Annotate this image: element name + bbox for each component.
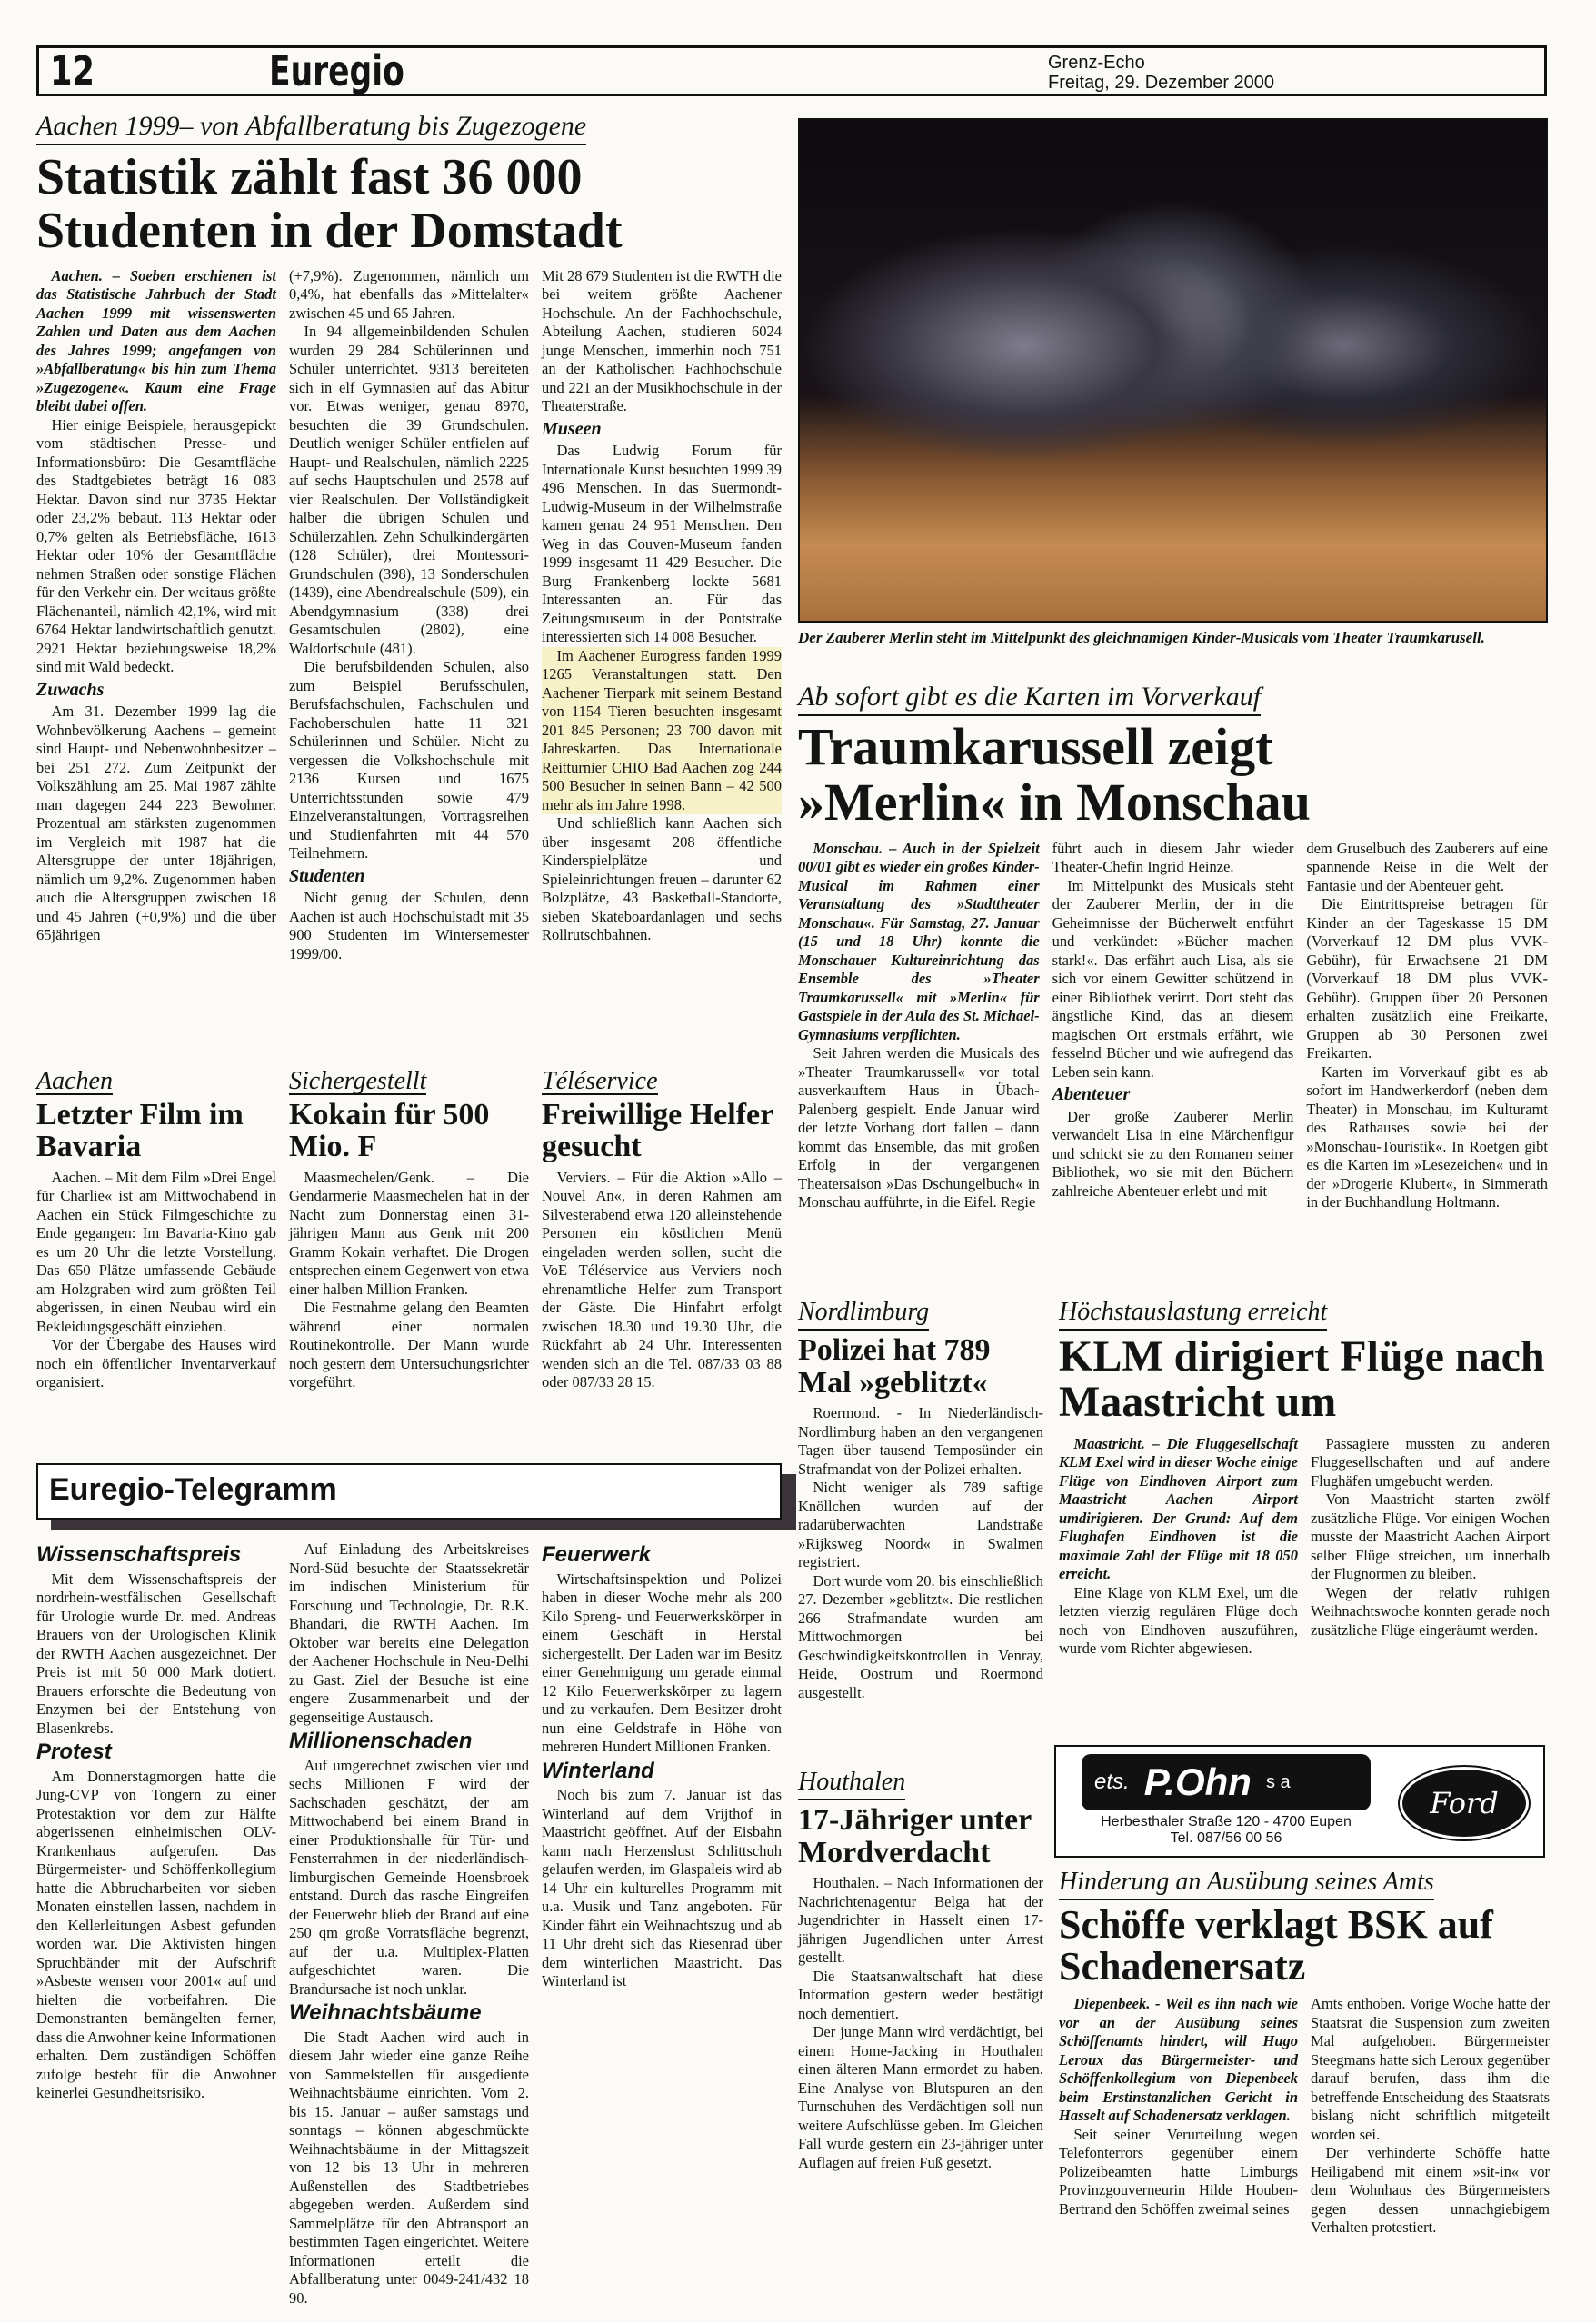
issue-date: Freitag, 29. Dezember 2000: [1048, 73, 1274, 93]
main-article: Aachen 1999– von Abfallberatung bis Zuge…: [36, 111, 782, 963]
article-bavaria: Aachen Letzter Film im Bavaria Aachen. –…: [36, 1072, 276, 1392]
photo-caption: Der Zauberer Merlin steht im Mittelpunkt…: [798, 629, 1548, 647]
telegramm-columns: Wissenschaftspreis Mit dem Wissenschafts…: [36, 1540, 782, 2308]
merlin-photo: [798, 118, 1548, 623]
paper-info: Grenz-Echo Freitag, 29. Dezember 2000: [1048, 53, 1274, 93]
masthead: 12 Euregio Grenz-Echo Freitag, 29. Dezem…: [36, 45, 1547, 96]
dealer-address: Herbesthaler Straße 120 - 4700 Eupen Tel…: [1082, 1814, 1371, 1847]
car-dealer-advert[interactable]: ets. P.Ohn s a Herbesthaler Straße 120 -…: [1054, 1745, 1545, 1858]
dealer-logo: ets. P.Ohn s a: [1082, 1754, 1371, 1810]
main-col-2: (+7,9%). Zugenommen, nämlich um 0,4%, ha…: [289, 267, 529, 964]
page-number: 12: [50, 48, 95, 95]
merlin-kicker: Ab sofort gibt es die Karten im Vorverka…: [798, 682, 1261, 716]
article-schoeffe: Hinderung an Ausübung seines Amts Schöff…: [1059, 1868, 1550, 2238]
paper-name: Grenz-Echo: [1048, 53, 1274, 73]
main-kicker: Aachen 1999– von Abfallberatung bis Zuge…: [36, 111, 586, 145]
ford-logo-icon: Ford: [1400, 1767, 1529, 1839]
article-kokain: Sichergestellt Kokain für 500 Mio. F Maa…: [289, 1072, 529, 1392]
merlin-article: Ab sofort gibt es die Karten im Vorverka…: [798, 682, 1548, 1212]
article-teleservice: Téléservice Freiwillige Helfer gesucht V…: [542, 1072, 782, 1392]
article-klm: Höchstauslastung erreicht KLM dirigiert …: [1059, 1298, 1550, 1659]
telegramm-banner: Euregio-Telegramm: [36, 1463, 782, 1520]
short-articles-row: Aachen Letzter Film im Bavaria Aachen. –…: [36, 1072, 782, 1392]
article-nordlimburg: Nordlimburg Polizei hat 789 Mal »geblitz…: [798, 1298, 1043, 1702]
main-headline: Statistik zählt fast 36 000 Studenten in…: [36, 151, 782, 258]
article-houthalen: Houthalen 17-Jähriger unter Mordverdacht…: [798, 1768, 1043, 2172]
merlin-headline: Traumkarussell zeigt »Merlin« in Monscha…: [798, 720, 1434, 831]
main-col-3: Mit 28 679 Studenten ist die RWTH die be…: [542, 267, 782, 964]
main-col-1: Aachen. – Soeben erschienen ist das Stat…: [36, 267, 276, 964]
section-title: Euregio: [269, 46, 404, 95]
